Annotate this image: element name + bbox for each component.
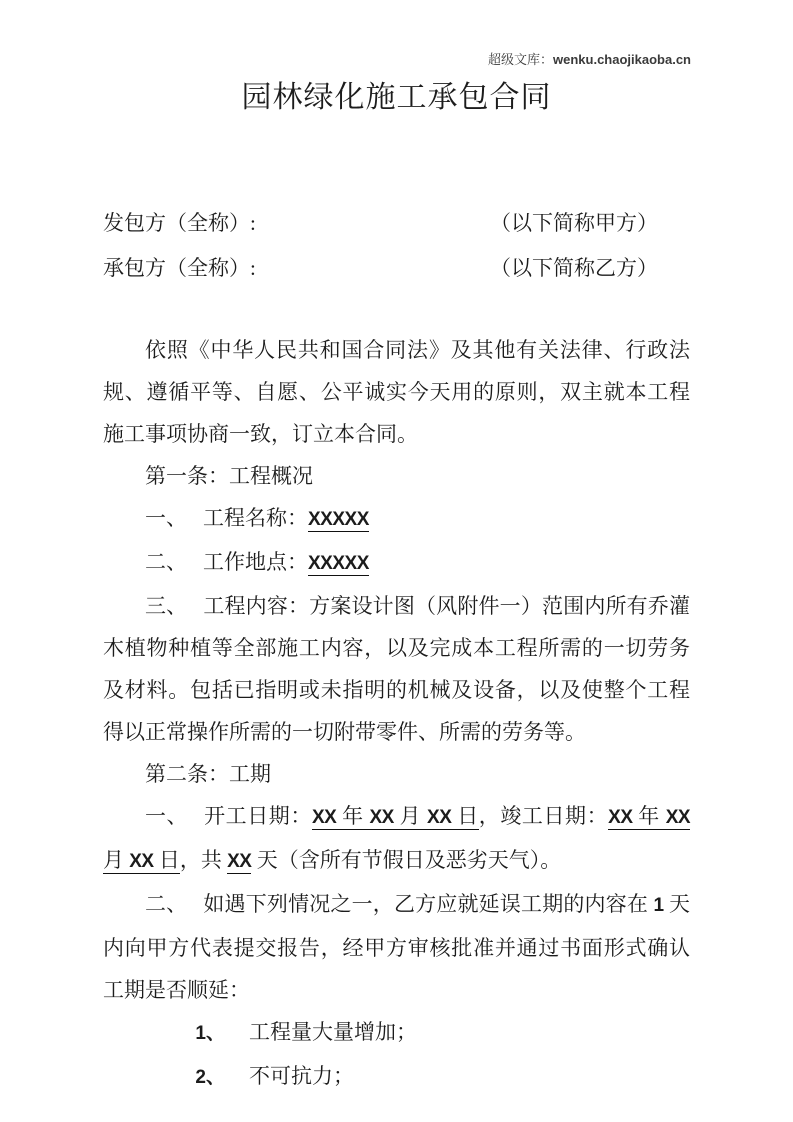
item-number: 一、	[145, 506, 187, 530]
contractor-label: 承包方（全称）:	[103, 246, 256, 291]
item-number: 一、	[145, 804, 188, 828]
year-unit: 年	[633, 804, 666, 828]
site-watermark: 超级文库：wenku.chaojikaoba.cn	[488, 52, 691, 68]
month-unit: 月	[103, 848, 129, 872]
contractor-alias: （以下简称乙方）	[490, 246, 658, 291]
start-date-label: 开工日期：	[204, 804, 312, 828]
delay-days-value: 1	[654, 895, 664, 916]
start-year-value: XX	[312, 807, 336, 828]
employer-label: 发包方（全称）:	[103, 201, 256, 246]
subitem-number: 1、	[195, 1023, 225, 1044]
month-unit: 月	[394, 804, 427, 828]
work-location-label: 工作地点：	[203, 550, 308, 574]
start-day-value: XX	[427, 807, 451, 828]
completion-date-label: ，竣工日期：	[479, 804, 608, 828]
start-month-value: XX	[369, 807, 393, 828]
document-page: 超级文库：wenku.chaojikaoba.cn 园林绿化施工承包合同 发包方…	[0, 0, 793, 1122]
watermark-url: wenku.chaojikaoba.cn	[553, 52, 691, 67]
party-row-employer: 发包方（全称）:（以下简称甲方）	[103, 201, 690, 246]
project-name-blank: XXXXX	[308, 509, 369, 532]
item-number: 二、	[145, 892, 187, 916]
end-month-value: XX	[666, 807, 690, 828]
article1-item-project-name: 一、工程名称：XXXXX	[103, 497, 690, 541]
preamble-paragraph: 依照《中华人民共和国合同法》及其他有关法律、行政法规、遵循平等、自愿、公平诚实今…	[103, 329, 690, 455]
subitem-text: 工程量大量增加；	[249, 1020, 417, 1044]
article2-item-delay-report: 二、如遇下列情况之一，乙方应就延误工期的内容在 1 天内向甲方代表提交报告，经甲…	[103, 883, 690, 1011]
start-date-blank: XX 年 XX 月 XX 日	[312, 804, 479, 830]
parties-section: 发包方（全称）:（以下简称甲方） 承包方（全称）:（以下简称乙方）	[103, 201, 690, 291]
day-unit: 日	[451, 804, 478, 828]
delay-text-before: 如遇下列情况之一，乙方应就延误工期的内容在	[203, 892, 653, 916]
year-unit: 年	[336, 804, 369, 828]
employer-alias: （以下简称甲方）	[490, 201, 658, 246]
end-day-value: XX	[129, 851, 153, 872]
article2-item-dates: 一、开工日期：XX 年 XX 月 XX 日，竣工日期：XX 年 XX 月 XX …	[103, 795, 690, 883]
work-location-blank: XXXXX	[308, 553, 369, 576]
article2-heading: 第二条：工期	[103, 753, 690, 795]
article1-heading: 第一条：工程概况	[103, 455, 690, 497]
delay-subitem-2: 2、不可抗力；	[103, 1055, 690, 1099]
total-days-suffix: 天（含所有节假日及恶劣天气）。	[251, 848, 561, 872]
total-days-prefix: ，共	[180, 848, 227, 872]
item-number: 二、	[145, 550, 187, 574]
document-title: 园林绿化施工承包合同	[103, 76, 690, 120]
article1-item-work-location: 二、工作地点：XXXXX	[103, 541, 690, 585]
project-content-text: 工程内容：方案设计图（风附件一）范围内所有乔灌木植物种植等全部施工内容，以及完成…	[103, 594, 690, 744]
subitem-number: 2、	[195, 1067, 225, 1088]
total-days-blank: XX	[227, 851, 251, 874]
end-year-value: XX	[608, 807, 632, 828]
party-row-contractor: 承包方（全称）:（以下简称乙方）	[103, 246, 690, 291]
subitem-text: 不可抗力；	[249, 1064, 354, 1088]
delay-subitem-1: 1、工程量大量增加；	[103, 1011, 690, 1055]
document-body: 园林绿化施工承包合同 发包方（全称）:（以下简称甲方） 承包方（全称）:（以下简…	[0, 76, 793, 1099]
day-unit: 日	[154, 848, 180, 872]
watermark-label: 超级文库：	[488, 52, 553, 67]
project-name-label: 工程名称：	[203, 506, 308, 530]
item-number: 三、	[145, 594, 187, 618]
article1-item-project-content: 三、工程内容：方案设计图（风附件一）范围内所有乔灌木植物种植等全部施工内容，以及…	[103, 585, 690, 753]
